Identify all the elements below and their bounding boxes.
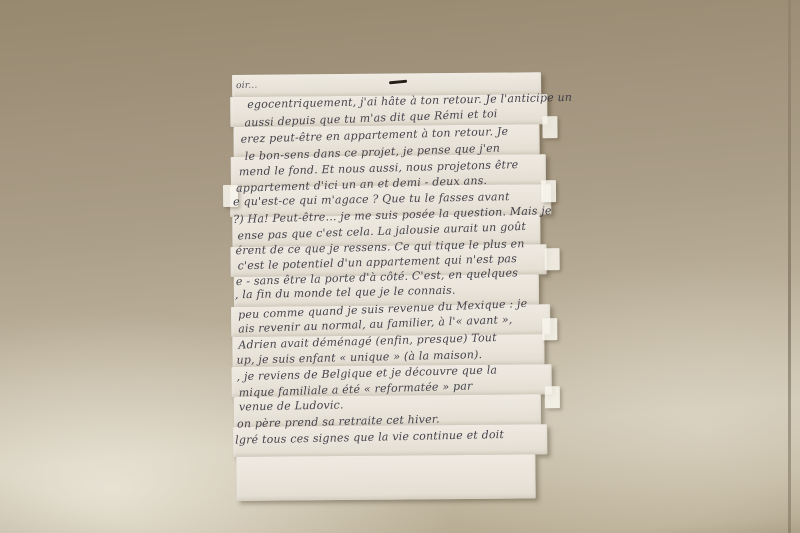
photo-vignette [0, 0, 800, 533]
